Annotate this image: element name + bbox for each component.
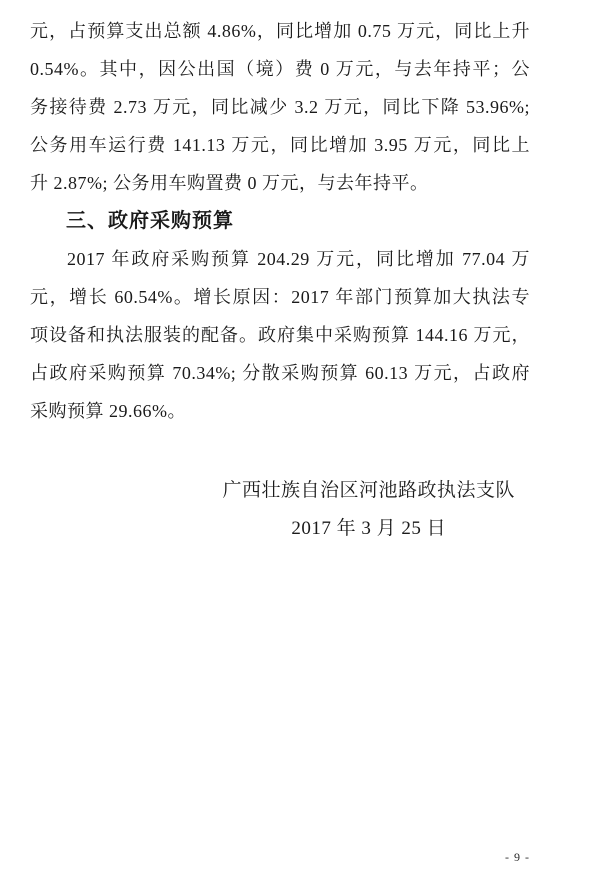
paragraph-line: 项设备和执法服装的配备。政府集中采购预算 144.16 万元， xyxy=(30,316,530,354)
paragraph-line: 元，占预算支出总额 4.86%，同比增加 0.75 万元，同比上升 xyxy=(30,12,530,50)
paragraph-line: 0.54%。其中，因公出国（境）费 0 万元，与去年持平；公 xyxy=(30,50,530,88)
paragraph-line: 采购预算 29.66%。 xyxy=(30,392,530,430)
document-body: 元，占预算支出总额 4.86%，同比增加 0.75 万元，同比上升 0.54%。… xyxy=(30,12,530,430)
paragraph-line: 公务用车运行费 141.13 万元，同比增加 3.95 万元，同比上 xyxy=(30,126,530,164)
paragraph-line: 务接待费 2.73 万元，同比减少 3.2 万元，同比下降 53.96%; xyxy=(30,88,530,126)
page-number: - 9 - xyxy=(505,850,530,865)
signature-organization: 广西壮族自治区河池路政执法支队 xyxy=(222,472,515,510)
signature-block: 广西壮族自治区河池路政执法支队 2017 年 3 月 25 日 xyxy=(222,472,515,548)
document-page: 元，占预算支出总额 4.86%，同比增加 0.75 万元，同比上升 0.54%。… xyxy=(0,0,600,875)
signature-date: 2017 年 3 月 25 日 xyxy=(222,510,515,548)
paragraph-line: 升 2.87%; 公务用车购置费 0 万元，与去年持平。 xyxy=(30,164,530,202)
paragraph-line: 占政府采购预算 70.34%; 分散采购预算 60.13 万元，占政府 xyxy=(30,354,530,392)
paragraph-line: 2017 年政府采购预算 204.29 万元，同比增加 77.04 万 xyxy=(30,240,530,278)
paragraph-line: 元，增长 60.54%。增长原因：2017 年部门预算加大执法专 xyxy=(30,278,530,316)
section-heading: 三、政府采购预算 xyxy=(30,202,530,240)
